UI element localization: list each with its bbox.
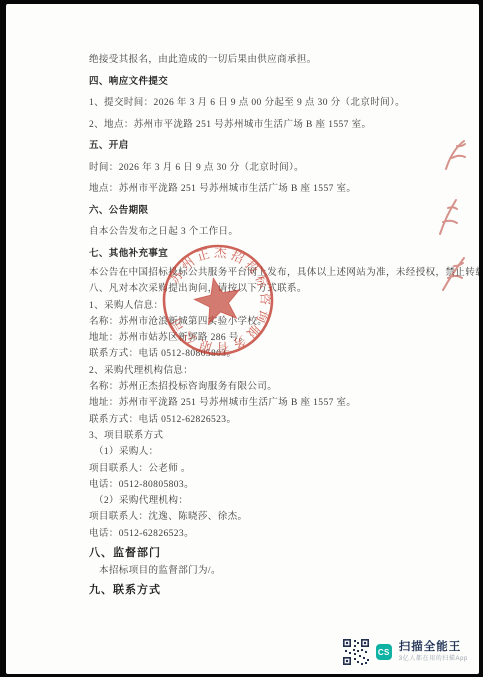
doc-line: 2、地点：苏州市平泷路 251 号苏州城市生活广场 B 座 1557 室。 xyxy=(89,115,461,137)
doc-line: 自本公告发布之日起 3 个工作日。 xyxy=(89,222,461,244)
doc-line: （1）采购人： xyxy=(89,444,461,460)
doc-line: 时间：2026 年 3 月 6 日 9 点 30 分（北京时间）。 xyxy=(89,158,461,180)
doc-line: 项目联系人：沈逸、陈晓莎、徐杰。 xyxy=(89,509,461,525)
official-seal-stamp-icon: 苏州正杰招投标咨询服务有限公司 xyxy=(147,229,289,371)
doc-line: 名称：苏州正杰招投标咨询服务有限公司。 xyxy=(89,379,461,395)
doc-line: 地址：苏州市平泷路 251 号苏州城市生活广场 B 座 1557 室。 xyxy=(89,395,461,411)
doc-line: 电话：0512-80805803。 xyxy=(89,477,461,493)
doc-line: 四、响应文件提交 xyxy=(89,72,461,94)
camscanner-logo-icon: CS xyxy=(376,644,392,660)
doc-line: 五、开启 xyxy=(89,136,461,158)
doc-line: 1、提交时间：2026 年 3 月 6 日 9 点 00 分起至 9 点 30 … xyxy=(89,93,461,115)
doc-line: 联系方式：电话 0512-62826523。 xyxy=(89,412,461,428)
watermark-text: 扫描全能王 3亿人都在用的扫描App xyxy=(399,641,468,663)
doc-line: 八、监督部门 xyxy=(89,544,461,563)
doc-line: 七、其他补充事宜 xyxy=(89,244,461,266)
doc-line: 本招标项目的监督部门为/。 xyxy=(89,563,461,579)
doc-line: 3、项目联系方式 xyxy=(89,428,461,444)
app-tagline: 3亿人都在用的扫描App xyxy=(399,655,468,663)
red-ink-mark xyxy=(436,194,462,238)
doc-line: 六、公告期限 xyxy=(89,201,461,223)
doc-line: 九、联系方式 xyxy=(89,581,461,600)
app-name: 扫描全能王 xyxy=(399,641,468,654)
red-ink-mark xyxy=(440,254,468,294)
doc-line: 电话：0512-62826523。 xyxy=(89,526,461,542)
doc-line: 绝接受其报名，由此造成的一切后果由供应商承担。 xyxy=(89,50,461,72)
scanner-app-screen: 绝接受其报名，由此造成的一切后果由供应商承担。四、响应文件提交1、提交时间：20… xyxy=(0,0,483,677)
star-icon xyxy=(191,274,245,326)
doc-line: 地点：苏州市平泷路 251 号苏州城市生活广场 B 座 1557 室。 xyxy=(89,179,461,201)
qr-code-icon xyxy=(343,639,369,665)
doc-line: （2）采购代理机构： xyxy=(89,493,461,509)
doc-line: 项目联系人：公老师 。 xyxy=(89,461,461,477)
red-ink-mark xyxy=(443,136,469,174)
scanned-document-page: 绝接受其报名，由此造成的一切后果由供应商承担。四、响应文件提交1、提交时间：20… xyxy=(6,4,479,674)
doc-line: 2、采购代理机构信息： xyxy=(89,363,461,379)
camscanner-watermark: CS 扫描全能王 3亿人都在用的扫描App xyxy=(343,639,468,665)
